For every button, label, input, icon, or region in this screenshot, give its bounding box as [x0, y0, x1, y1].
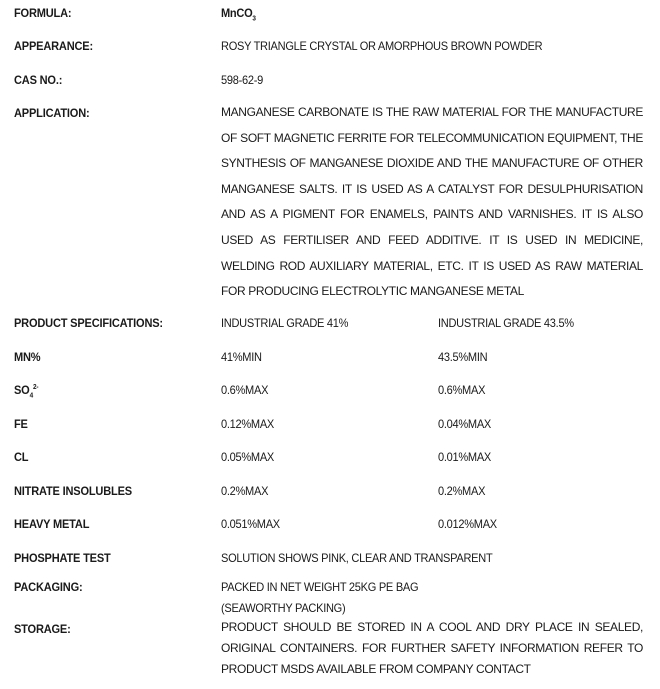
spec-cl-grade1: 0.05%MAX [221, 450, 274, 464]
spec-label-heavy-metal: HEAVY METAL [14, 517, 89, 531]
storage-line: ORIGINAL CONTAINERS. FOR FURTHER SAFETY … [221, 638, 643, 659]
formula-value: MnCO3 [221, 6, 256, 20]
specs-label: PRODUCT SPECIFICATIONS: [14, 316, 163, 330]
packaging-label: PACKAGING: [14, 580, 82, 594]
phosphate-value: SOLUTION SHOWS PINK, CLEAR AND TRANSPARE… [221, 551, 492, 565]
grade-43-5-header: INDUSTRIAL GRADE 43.5% [438, 316, 574, 330]
spec-fe-grade2: 0.04%MAX [438, 417, 491, 431]
so4-main: SO [14, 383, 30, 397]
spec-fe-grade1: 0.12%MAX [221, 417, 274, 431]
phosphate-label: PHOSPHATE TEST [14, 551, 111, 565]
appearance-value: ROSY TRIANGLE CRYSTAL OR AMORPHOUS BROWN… [221, 39, 542, 53]
application-label: APPLICATION: [14, 106, 89, 120]
storage-text: PRODUCT SHOULD BE STORED IN A COOL AND D… [221, 617, 643, 680]
packaging-line: PACKED IN NET WEIGHT 25KG PE BAG [221, 580, 418, 594]
formula-subscript: 3 [252, 15, 255, 22]
application-line: AND AS A PIGMENT FOR ENAMELS, PAINTS AND… [221, 202, 643, 228]
spec-mn-grade1: 41%MIN [221, 350, 262, 364]
formula-label: FORMULA: [14, 6, 71, 20]
spec-label-nitrate-insolubles: NITRATE INSOLUBLES [14, 484, 132, 498]
storage-line: PRODUCT SHOULD BE STORED IN A COOL AND D… [221, 617, 643, 638]
application-line: SYNTHESIS OF MANGANESE DIOXIDE AND THE M… [221, 151, 643, 177]
application-line: WELDING ROD AUXILIARY MATERIAL, ETC. IT … [221, 254, 643, 280]
application-line: MANGANESE SALTS. IT IS USED AS A CATALYS… [221, 177, 643, 203]
appearance-label: APPEARANCE: [14, 39, 93, 53]
spec-cl-grade2: 0.01%MAX [438, 450, 491, 464]
spec-heavy-metal-grade1: 0.051%MAX [221, 517, 280, 531]
application-line: FOR PRODUCING ELECTROLYTIC MANGANESE MET… [221, 279, 643, 305]
cas-value: 598-62-9 [221, 73, 263, 87]
grade-41-header: INDUSTRIAL GRADE 41% [221, 316, 348, 330]
spec-heavy-metal-grade2: 0.012%MAX [438, 517, 497, 531]
cas-label: CAS NO.: [14, 73, 62, 87]
spec-label-so4: SO42- [14, 383, 38, 397]
so4-superscript: 2- [33, 384, 38, 391]
spec-nitrate-grade1: 0.2%MAX [221, 484, 268, 498]
application-text: MANGANESE CARBONATE IS THE RAW MATERIAL … [221, 100, 643, 305]
spec-so4-grade2: 0.6%MAX [438, 383, 485, 397]
storage-label: STORAGE: [14, 622, 71, 636]
application-line: OF SOFT MAGNETIC FERRITE FOR TELECOMMUNI… [221, 126, 643, 152]
application-line: MANGANESE CARBONATE IS THE RAW MATERIAL … [221, 100, 643, 126]
spec-label-cl: CL [14, 450, 28, 464]
packaging-line: (SEAWORTHY PACKING) [221, 601, 345, 615]
spec-so4-grade1: 0.6%MAX [221, 383, 268, 397]
spec-nitrate-grade2: 0.2%MAX [438, 484, 485, 498]
spec-label-fe: FE [14, 417, 28, 431]
application-line: USED AS FERTILISER AND FEED ADDITIVE. IT… [221, 228, 643, 254]
formula-main: MnCO [221, 6, 252, 20]
spec-mn-grade2: 43.5%MIN [438, 350, 487, 364]
storage-line: PRODUCT MSDS AVAILABLE FROM COMPANY CONT… [221, 659, 643, 680]
spec-label-mn: MN% [14, 350, 40, 364]
so4-subscript: 4 [30, 392, 33, 399]
